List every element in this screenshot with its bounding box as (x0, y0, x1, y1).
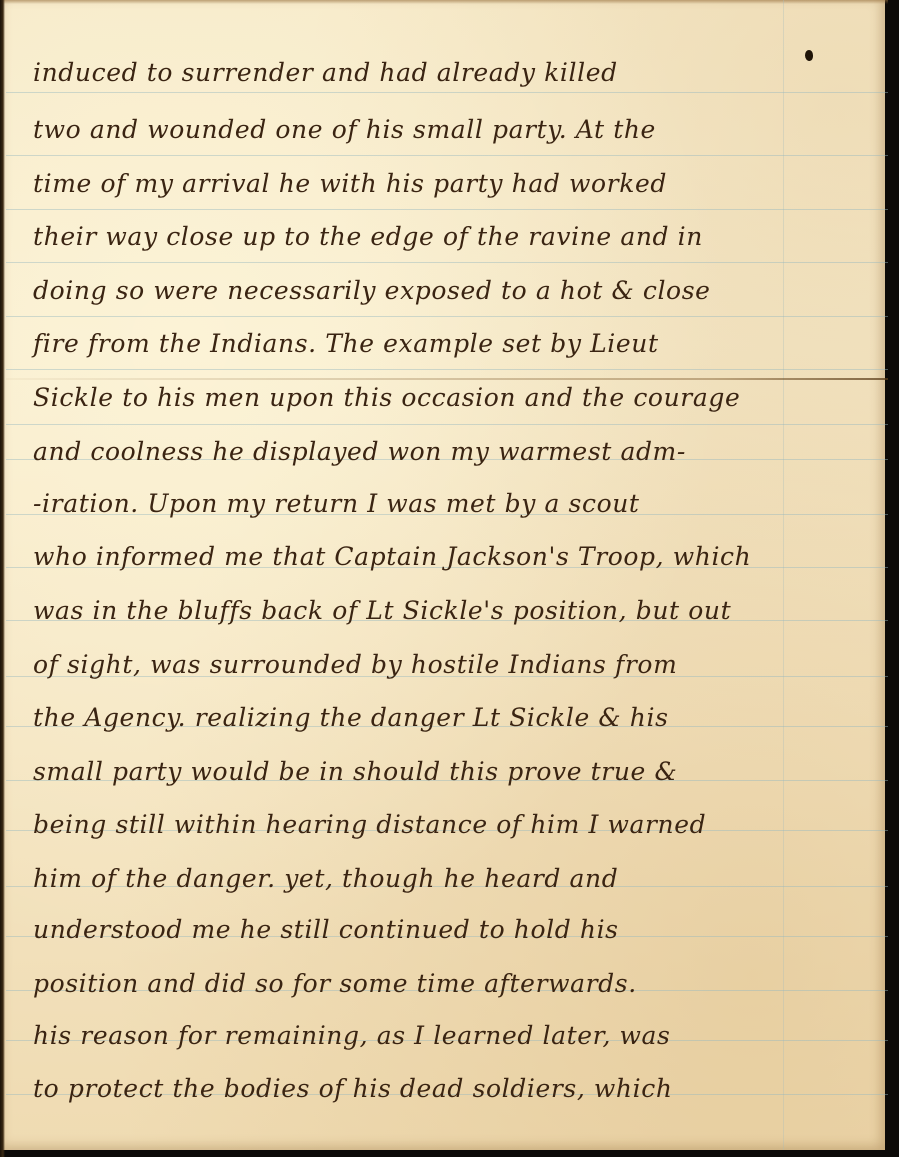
fold-crease (6, 378, 888, 380)
text-line: was in the bluffs back of Lt Sickle's po… (33, 596, 731, 626)
text-line: his reason for remaining, as I learned l… (33, 1021, 670, 1051)
ruled-line (6, 92, 888, 93)
ruled-line (6, 424, 888, 425)
text-line: small party would be in should this prov… (33, 757, 677, 787)
ruled-line (6, 262, 888, 263)
text-line: being still within hearing distance of h… (33, 810, 706, 840)
text-line: Sickle to his men upon this occasion and… (33, 383, 740, 413)
text-line: induced to surrender and had already kil… (33, 58, 618, 88)
text-line: two and wounded one of his small party. … (33, 115, 656, 145)
text-line: of sight, was surrounded by hostile Indi… (33, 650, 677, 680)
paper-top-edge (3, 0, 888, 4)
text-line: doing so were necessarily exposed to a h… (33, 276, 711, 306)
scanned-page: induced to surrender and had already kil… (0, 0, 899, 1157)
ruled-line (6, 316, 888, 317)
text-line: understood me he still continued to hold… (33, 915, 619, 945)
text-line: the Agency. realizing the danger Lt Sick… (33, 703, 669, 733)
ink-blot (805, 50, 813, 61)
text-line: to protect the bodies of his dead soldie… (33, 1074, 673, 1104)
text-line: time of my arrival he with his party had… (33, 169, 667, 199)
text-line: their way close up to the edge of the ra… (33, 222, 703, 252)
text-line: him of the danger. yet, though he heard … (33, 864, 618, 894)
text-line: who informed me that Captain Jackson's T… (33, 542, 751, 572)
scan-left-edge (0, 0, 5, 1157)
ruled-line (6, 209, 888, 210)
ruled-line (6, 155, 888, 156)
margin-line (783, 0, 784, 1150)
text-line: fire from the Indians. The example set b… (33, 329, 659, 359)
text-line: position and did so for some time afterw… (33, 969, 637, 999)
text-line: -iration. Upon my return I was met by a … (33, 489, 640, 519)
text-line: and coolness he displayed won my warmest… (33, 437, 686, 467)
paper-sheet: induced to surrender and had already kil… (3, 0, 885, 1150)
ruled-line (6, 369, 888, 370)
